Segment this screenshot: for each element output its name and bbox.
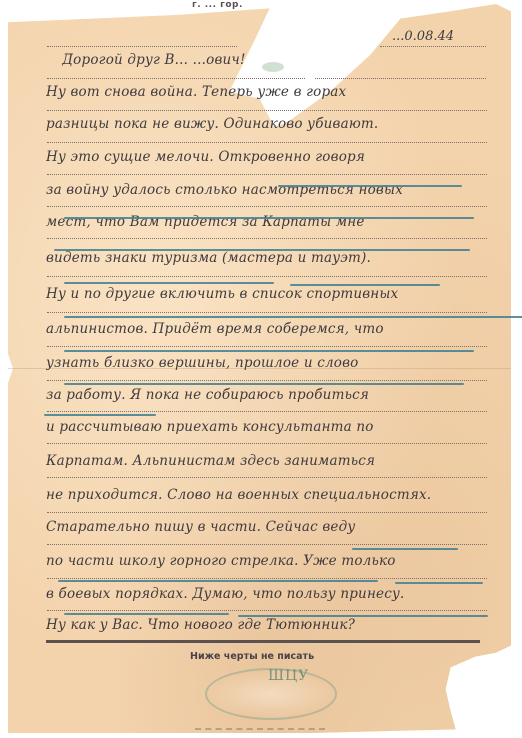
ruled-line	[47, 78, 305, 79]
pencil-underline	[64, 316, 522, 318]
ruled-line	[47, 174, 487, 175]
handwritten-line: Ну как у Вас. Что нового где Тютюнник?	[46, 617, 496, 633]
handwritten-line: и рассчитываю приехать консультанта по	[46, 419, 496, 435]
ruled-line	[47, 512, 487, 513]
footer-print-note: Ниже черты не писать	[190, 651, 314, 662]
bottom-print-fragment	[195, 726, 325, 730]
pencil-underline	[64, 217, 474, 219]
handwritten-line: в боевых порядках. Думаю, что пользу при…	[46, 586, 496, 602]
ruled-line	[47, 142, 487, 143]
pencil-underline	[290, 284, 440, 286]
ruled-line	[47, 110, 487, 111]
pencil-underline	[54, 249, 470, 251]
ruled-line	[47, 610, 487, 611]
ruled-line	[47, 380, 487, 381]
header-print: г. ... гор.	[192, 0, 243, 10]
ruled-line	[47, 46, 237, 47]
pencil-underline	[278, 185, 462, 187]
handwritten-line: Дорогой друг В... ...ович!	[62, 52, 512, 68]
ruled-line	[47, 443, 487, 444]
handwritten-line: не приходится. Слово на военных специаль…	[46, 487, 496, 503]
handwritten-line: Ну вот снова война. Теперь уже в горах	[46, 84, 496, 100]
pencil-underline	[64, 383, 464, 385]
pencil-underline	[58, 580, 378, 582]
handwritten-line: Ну и по другие включить в список спортив…	[46, 286, 496, 302]
pencil-underline	[64, 282, 274, 284]
handwritten-line: узнать близко вершины, прошлое и слово	[46, 355, 496, 371]
ruled-line	[47, 238, 487, 239]
bottom-rule	[46, 640, 480, 643]
handwritten-line: по части школу горного стрелка. Уже толь…	[46, 553, 496, 569]
handwritten-line: за работу. Я пока не собираюсь пробиться	[46, 387, 496, 403]
handwritten-line: видеть знаки туризма (мастера и тауэт).	[46, 250, 496, 266]
ruled-line	[47, 276, 487, 277]
pencil-underline	[64, 350, 474, 352]
ruled-line	[47, 578, 487, 579]
stamp-text: ШЦУ	[268, 668, 309, 684]
ruled-line	[380, 46, 486, 47]
ruled-line	[47, 206, 487, 207]
ruled-line	[47, 346, 487, 347]
ruled-line	[47, 544, 487, 545]
handwritten-line: альпинистов. Придёт время соберемся, что	[46, 321, 496, 337]
pencil-underline	[352, 548, 458, 550]
ruled-line	[47, 312, 487, 313]
handwritten-line: разницы пока не вижу. Одинаково убивают.	[46, 116, 496, 132]
pencil-underline	[44, 414, 156, 416]
handwritten-line: Карпатам. Альпинистам здесь заниматься	[46, 453, 496, 469]
handwritten-line: Старательно пишу в части. Сейчас веду	[46, 519, 496, 535]
ruled-line	[47, 477, 487, 478]
pencil-underline	[64, 613, 229, 615]
pencil-underline	[238, 615, 488, 617]
ruled-line	[47, 411, 487, 412]
ink-blot	[262, 62, 284, 72]
pencil-underline	[395, 582, 483, 584]
ruled-line	[315, 78, 486, 79]
handwritten-line: Ну это сущие мелочи. Откровенно говоря	[46, 149, 496, 165]
letter-date: ...0.08.44	[392, 29, 454, 44]
